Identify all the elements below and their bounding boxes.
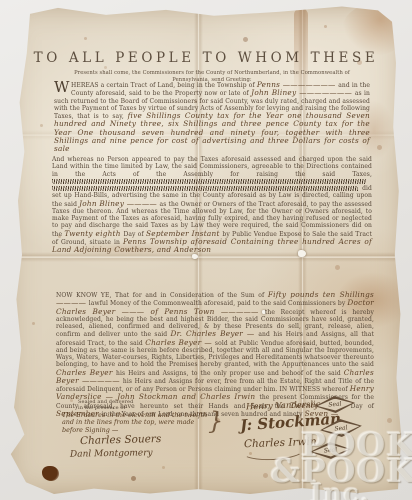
seal-lozenge-1: Seal [314, 394, 355, 414]
printed-segment: his Heirs and Assigns, to the only prope… [116, 370, 344, 377]
seal-label: Seal [317, 397, 353, 412]
whereas-paragraph: WHEREAS a certain Tract of Land, being i… [54, 81, 370, 153]
pook-and-pook-watermark: POOK &POOK Inc. [270, 432, 412, 500]
seal-outline: Seal [314, 394, 355, 414]
erasure-note-brace: } [208, 407, 223, 435]
erasure-note: The Erasures in the eleventh and the twe… [62, 412, 208, 434]
foxing-speckles [6, 4, 9, 7]
printed-segment: HEREAS a certain Tract of Land, being in… [71, 82, 257, 89]
auction-photo: TO ALL PEOPLE TO WHOM THESE Presents sha… [0, 0, 412, 500]
default-paragraph: And whereas no Person appeared to pay th… [52, 156, 372, 254]
handwritten-segment: John Bliney ———— [79, 199, 159, 208]
struck-out-line [52, 179, 366, 184]
handwritten-segment: Twenty eighth [64, 229, 123, 238]
dropcap-w: W [54, 81, 70, 94]
witness-signature-2: Danl Montgomery [70, 448, 153, 459]
deed-paper: TO ALL PEOPLE TO WHOM THESE Presents sha… [6, 4, 406, 496]
handwritten-segment: John Bliney ——————— [251, 88, 355, 97]
printed-segment: And whereas no Person appeared to pay th… [52, 156, 372, 178]
whereas-paragraph-text: HEREAS a certain Tract of Land, being in… [54, 82, 370, 153]
witness-signature-1: Charles Souers [80, 433, 162, 447]
deed-heading: TO ALL PEOPLE TO WHOM THESE [6, 50, 406, 66]
sealed-delivered-label: Sealed and delivered in the presence of [78, 399, 168, 411]
handwritten-segment: Charles Beyer — [145, 338, 215, 347]
crease-hole-left [192, 254, 198, 259]
ink-blot-bottom-left [42, 466, 59, 481]
struck-out-line [52, 186, 358, 191]
stain-top-right [342, 4, 406, 56]
